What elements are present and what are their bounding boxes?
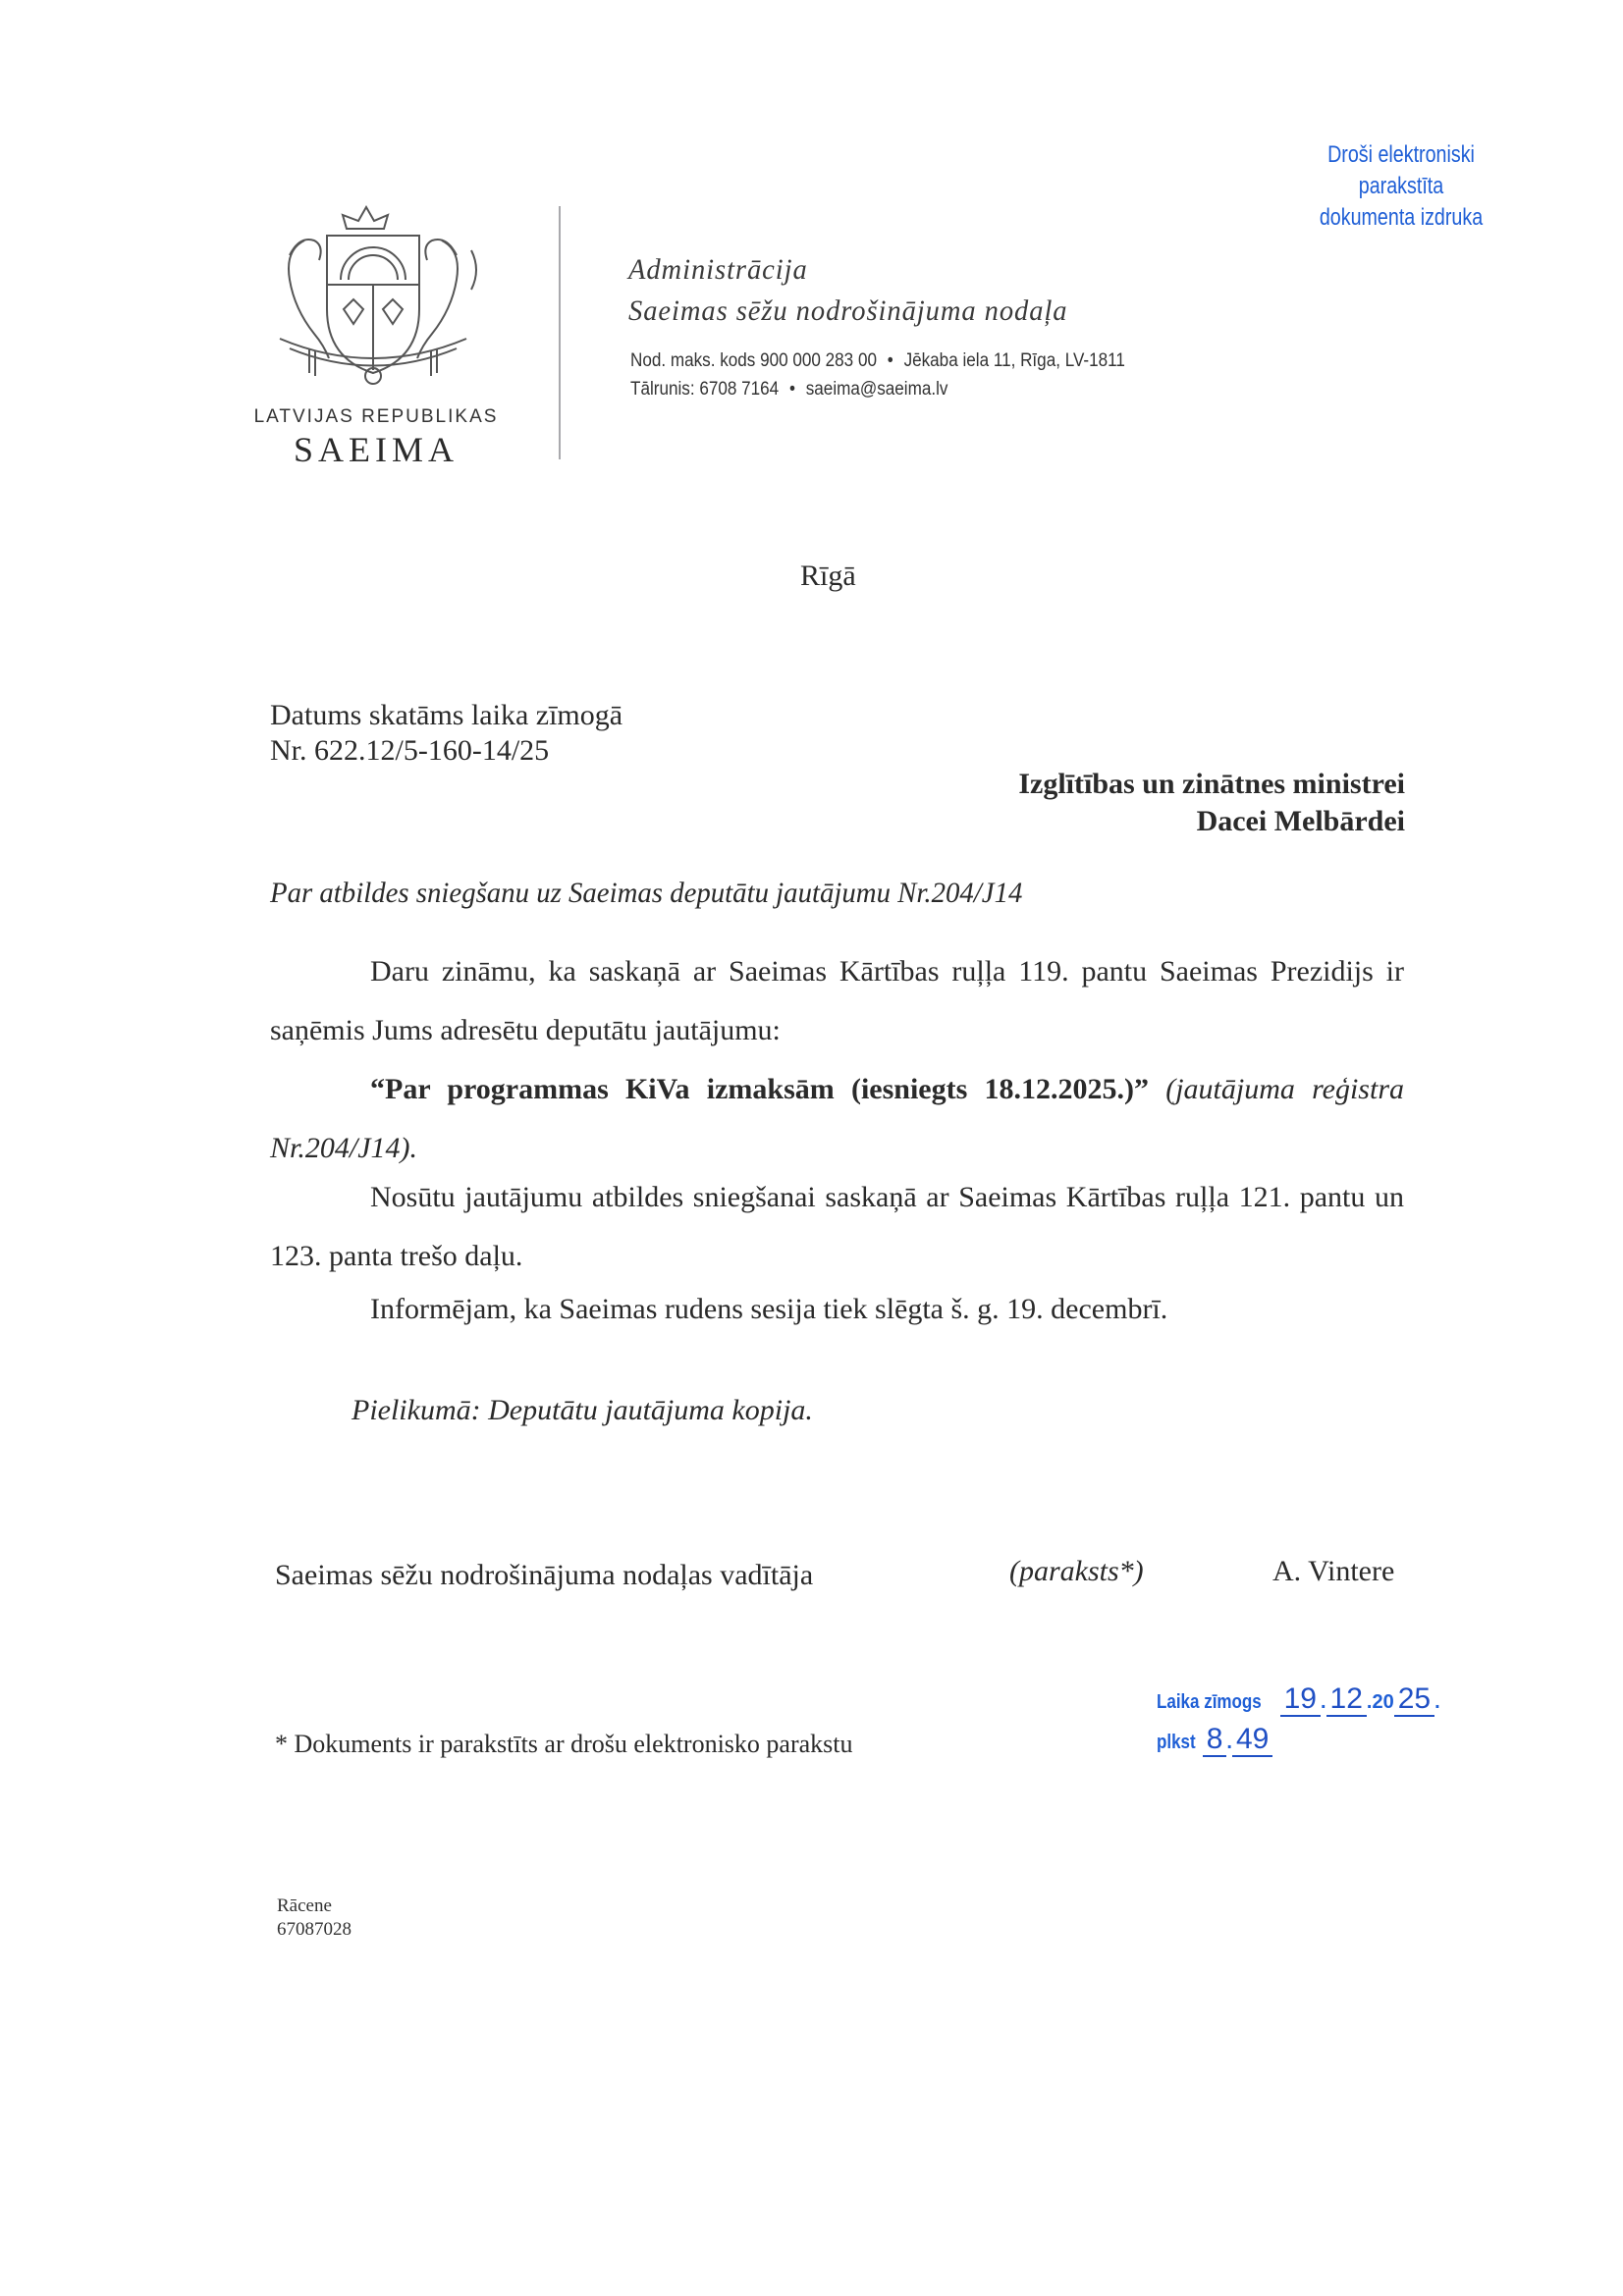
signature-mark: (paraksts*) <box>1009 1555 1144 1588</box>
signatory-name: A. Vintere <box>1272 1555 1394 1588</box>
stamp-line-2: dokumenta izdruka <box>1284 202 1518 234</box>
question-title: “Par programmas KiVa izmaksām (iesniegts… <box>370 1073 1149 1105</box>
email-link[interactable]: saeima@saeima.lv <box>806 379 948 400</box>
subject: Par atbildes sniegšanu uz Saeimas deputā… <box>270 877 1022 910</box>
timestamp-month: 12 <box>1326 1682 1367 1717</box>
date-note: Datums skatāms laika zīmogā <box>270 699 622 732</box>
timestamp-time-label: plkst <box>1157 1724 1196 1761</box>
timestamp-date-row: Laika zīmogs19.12.2025. <box>1157 1681 1440 1721</box>
preparer-name: Rācene <box>277 1895 352 1918</box>
timestamp-day: 19 <box>1280 1682 1321 1717</box>
e-signature-stamp: Droši elektroniski parakstīta dokumenta … <box>1284 139 1518 234</box>
timestamp-hour: 8 <box>1203 1723 1227 1757</box>
recipient-name: Dacei Melbārdei <box>1018 803 1405 840</box>
timestamp-date-label: Laika zīmogs <box>1157 1683 1262 1721</box>
timestamp-year-suffix: 25 <box>1394 1682 1434 1717</box>
letterhead-divider <box>559 206 561 459</box>
paragraph-1-text: Daru zināmu, ka saskaņā ar Saeimas Kārtī… <box>270 955 1404 1046</box>
paragraph-3: Nosūtu jautājumu atbildes sniegšanai sas… <box>270 1168 1404 1286</box>
contact-line-2: Tālrunis: 6708 7164•saeima@saeima.lv <box>630 379 947 400</box>
timestamp-stamp: Laika zīmogs19.12.2025. plkst8.49 <box>1157 1681 1440 1761</box>
phone: Tālrunis: 6708 7164 <box>630 379 779 400</box>
recipient: Izglītības un zinātnes ministrei Dacei M… <box>1018 766 1405 840</box>
attachment-note: Pielikumā: Deputātu jautājuma kopija. <box>352 1394 813 1427</box>
bullet-separator: • <box>789 379 795 400</box>
preparer: Rācene 67087028 <box>277 1895 352 1942</box>
timestamp-minute: 49 <box>1232 1723 1272 1757</box>
recipient-title: Izglītības un zinātnes ministrei <box>1018 766 1405 803</box>
brand-subtitle: LATVIJAS REPUBLIKAS <box>253 406 499 428</box>
reference-number: Nr. 622.12/5-160-14/25 <box>270 734 549 768</box>
timestamp-time-row: plkst8.49 <box>1157 1721 1440 1761</box>
brand-title: SAEIMA <box>253 429 499 470</box>
paragraph-3-text: Nosūtu jautājumu atbildes sniegšanai sas… <box>270 1181 1404 1272</box>
address: Jēkaba iela 11, Rīga, LV-1811 <box>904 350 1125 371</box>
department-line-2: Saeimas sēžu nodrošinājuma nodaļa <box>628 294 1068 328</box>
paragraph-4: Informējam, ka Saeimas rudens sesija tie… <box>270 1280 1404 1339</box>
timestamp-year-prefix: 20 <box>1372 1691 1393 1713</box>
coat-of-arms-icon <box>250 201 496 398</box>
paragraph-2: “Par programmas KiVa izmaksām (iesniegts… <box>270 1060 1404 1178</box>
city: Rīgā <box>800 560 856 593</box>
paragraph-1: Daru zināmu, ka saskaņā ar Saeimas Kārtī… <box>270 942 1404 1060</box>
footnote: * Dokuments ir parakstīts ar drošu elekt… <box>275 1730 853 1759</box>
paragraph-4-text: Informējam, ka Saeimas rudens sesija tie… <box>370 1293 1167 1325</box>
contact-line-1: Nod. maks. kods 900 000 283 00•Jēkaba ie… <box>630 350 1125 372</box>
bullet-separator: • <box>888 350 893 371</box>
preparer-phone: 67087028 <box>277 1918 352 1942</box>
stamp-line-1: Droši elektroniski parakstīta <box>1284 139 1518 202</box>
payment-code: Nod. maks. kods 900 000 283 00 <box>630 350 877 371</box>
signatory-role: Saeimas sēžu nodrošinājuma nodaļas vadīt… <box>275 1559 813 1592</box>
department-line-1: Administrācija <box>628 253 808 287</box>
